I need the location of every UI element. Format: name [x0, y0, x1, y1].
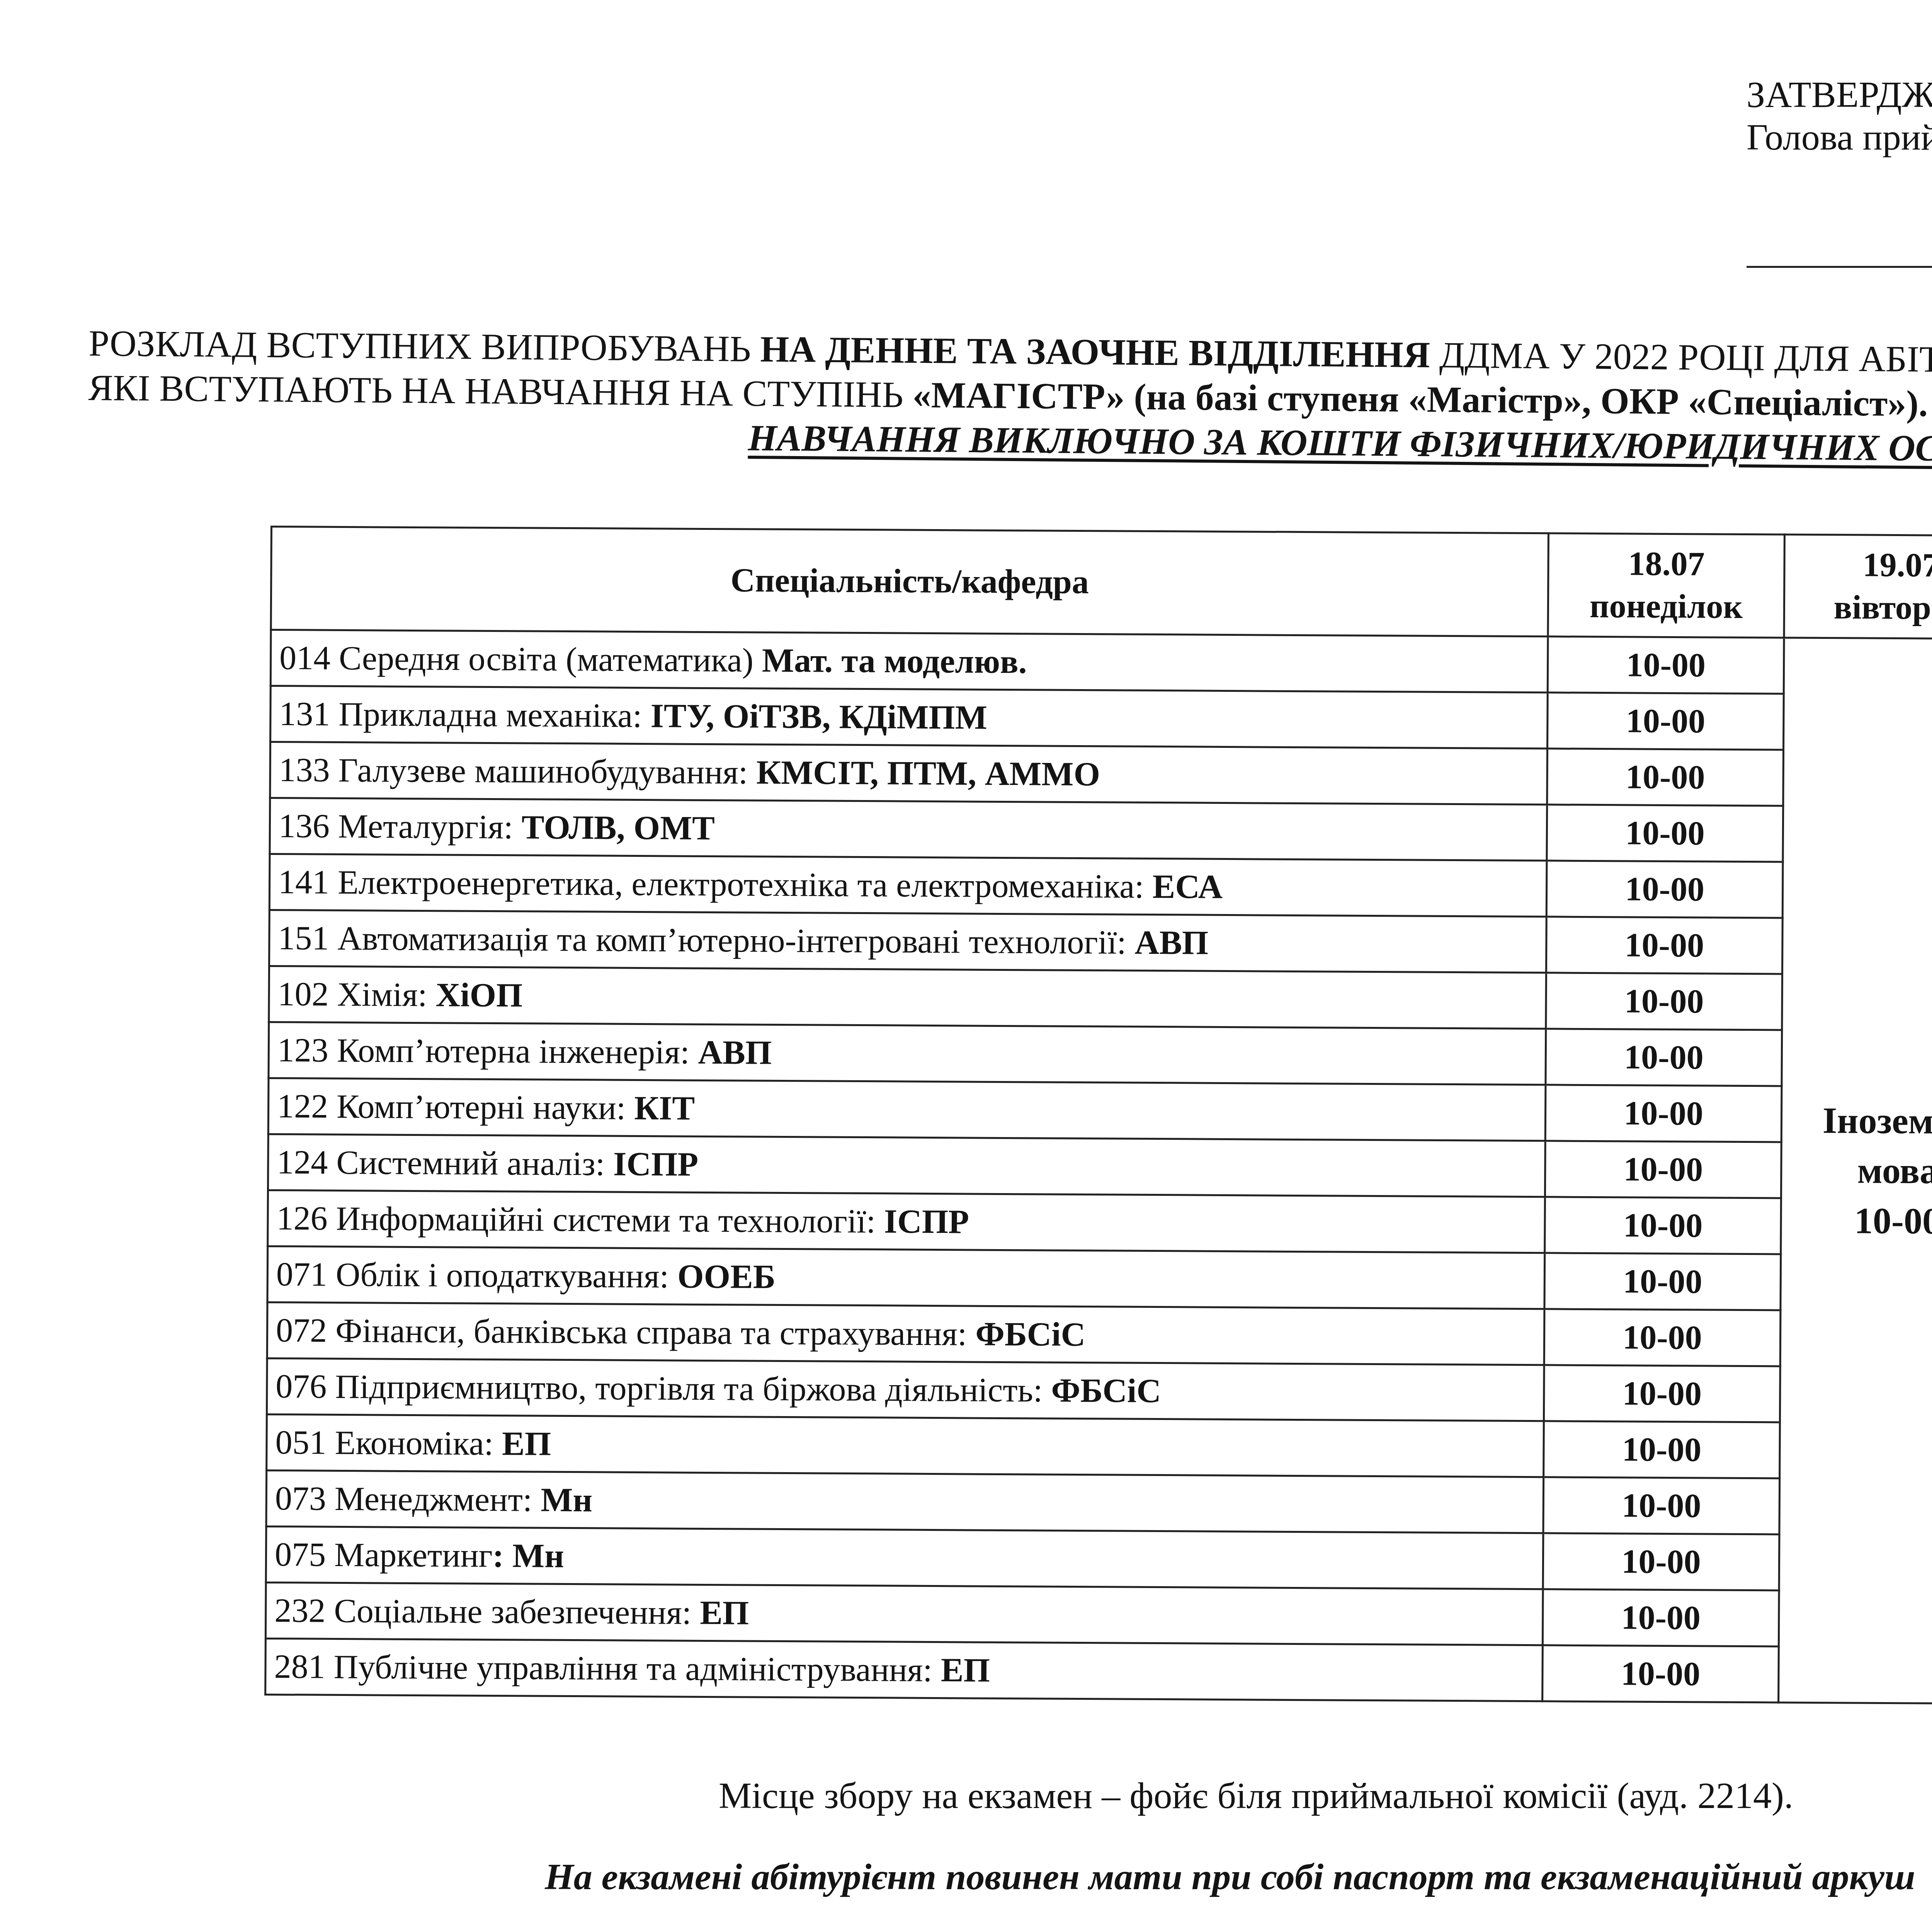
time-cell-day-1: 10-00: [1543, 1477, 1780, 1534]
header-day-2: 19.07вівторок: [1784, 535, 1932, 639]
specialty-cell: 126 Информаційні системи та технології: …: [268, 1190, 1545, 1253]
specialty-cell: 073 Менеджмент: Мн: [266, 1470, 1544, 1533]
specialty-name: 126 Информаційні системи та технології:: [276, 1200, 884, 1240]
specialty-name: 076 Підприємництво, торгівля та біржова …: [276, 1368, 1051, 1410]
merged-text: 10-00: [1789, 1195, 1932, 1246]
merged-text: мова: [1790, 1145, 1932, 1197]
department-code: КМСІТ, ПТМ, АММО: [756, 754, 1100, 793]
time-cell-day-1: 10-00: [1547, 805, 1783, 862]
department-code: ООЕБ: [677, 1258, 776, 1296]
specialty-cell: 281 Публічне управління та адмініструван…: [265, 1638, 1543, 1701]
specialty-name: 133 Галузеве машинобудування:: [279, 751, 756, 791]
title-text: ДДМА У 2022 РОЦІ ДЛЯ АБІТУРІЄНТІВ,: [1430, 334, 1932, 381]
specialty-name: 281 Публічне управління та адмініструван…: [274, 1648, 941, 1689]
specialty-cell: 141 Електроенергетика, електротехніка та…: [269, 854, 1547, 917]
header-day-1: 18.07понеділок: [1548, 533, 1785, 638]
department-code: ФБСіС: [1051, 1372, 1161, 1410]
specialty-name: 151 Автоматизація та комп’ютерно-інтегро…: [278, 919, 1135, 962]
time-cell-day-1: 10-00: [1547, 749, 1784, 806]
time-cell-day-1: 10-00: [1545, 1141, 1781, 1198]
time-cell-day-1: 10-00: [1543, 1533, 1779, 1590]
specialty-cell: 122 Комп’ютерні науки: КІТ: [268, 1078, 1546, 1141]
specialty-name: 136 Металургія:: [279, 807, 522, 846]
time-cell-day-1: 10-00: [1543, 1645, 1779, 1702]
signature-row: Віктор КОВАЛЬОВ: [1747, 232, 1932, 275]
specialty-name: 014 Середня освіта (математика): [279, 639, 762, 679]
specialty-cell: 076 Підприємництво, торгівля та біржова …: [267, 1358, 1544, 1421]
specialty-cell: 071 Облік і оподаткування: ООЕБ: [267, 1246, 1545, 1309]
department-code: ІСПР: [613, 1145, 699, 1183]
time-cell-day-1: 10-00: [1545, 1085, 1782, 1142]
time-cell-day-1: 10-00: [1546, 973, 1782, 1030]
approve-label: ЗАТВЕРДЖУЮ:: [1747, 73, 1932, 116]
specialty-name: 051 Економіка:: [275, 1424, 502, 1462]
specialty-cell: 014 Середня освіта (математика) Мат. та …: [270, 630, 1548, 693]
time-cell-day-1: 10-00: [1544, 1365, 1780, 1422]
requirement-note: На екзамені абітурієнт повинен мати при …: [545, 1855, 1915, 1898]
department-code: ЕП: [700, 1594, 749, 1632]
department-code: ФБСіС: [975, 1315, 1085, 1353]
specialty-cell: 075 Маркетинг: Мн: [266, 1526, 1543, 1589]
title-bold-text: НА ДЕННЕ ТА ЗАОЧНЕ ВІДДІЛЕННЯ: [760, 328, 1430, 375]
time-cell-day-1: 10-00: [1546, 917, 1782, 974]
department-code: ЕП: [502, 1425, 551, 1463]
foreign-language-exam-d2: Іноземнамова10-00: [1779, 638, 1932, 1704]
time-cell-day-1: 10-00: [1546, 1029, 1782, 1086]
specialty-name: 075 Маркетинг: [275, 1536, 493, 1575]
specialty-name: 141 Електроенергетика, електротехніка та…: [278, 863, 1153, 906]
specialty-name: 072 Фінанси, банківська справа та страху…: [276, 1312, 976, 1353]
department-code: АВП: [698, 1033, 772, 1071]
department-code: Мат. та моделюв.: [762, 642, 1027, 681]
specialty-cell: 123 Комп’ютерна інженерія: АВП: [269, 1022, 1546, 1084]
specialty-cell: 133 Галузеве машинобудування: КМСІТ, ПТМ…: [270, 742, 1548, 805]
time-cell-day-1: 10-00: [1546, 861, 1783, 918]
header-specialty: Спеціальність/кафедра: [271, 527, 1548, 637]
specialty-name: 232 Соціальне забезпечення:: [274, 1592, 700, 1632]
department-code: Мн: [541, 1481, 592, 1519]
time-cell-day-1: 10-00: [1545, 1197, 1781, 1254]
signature-line: [1747, 265, 1932, 268]
department-code: АВП: [1134, 924, 1208, 962]
department-code: ЕСА: [1152, 868, 1223, 906]
title-text: РОЗКЛАД ВСТУПНИХ ВИПРОБУВАНЬ: [88, 322, 760, 369]
department-code: ЕП: [941, 1651, 990, 1689]
specialty-name: 131 Прикладна механіка:: [279, 695, 651, 735]
merged-text: Іноземна: [1790, 1095, 1932, 1146]
table-header-row: Спеціальність/кафедра 18.07понеділок 19.…: [271, 527, 1932, 641]
department-code: ІТУ, ОіТЗВ, КДіМПМ: [650, 697, 987, 737]
exam-schedule-table: Спеціальність/кафедра 18.07понеділок 19.…: [264, 526, 1932, 1707]
specialty-name: 073 Менеджмент:: [275, 1480, 541, 1519]
table-row: 281 Публічне управління та адмініструван…: [265, 1638, 1932, 1706]
department-code: ХіОП: [435, 976, 522, 1014]
title-text: ЯКІ ВСТУПАЮТЬ НА НАВЧАННЯ НА СТУПІНЬ: [88, 367, 913, 415]
specialty-name: 124 Системний аналіз:: [277, 1144, 613, 1183]
time-cell-day-1: 10-00: [1548, 693, 1784, 750]
specialty-cell: 124 Системний аналіз: ІСПР: [268, 1134, 1545, 1197]
time-cell-day-1: 10-00: [1543, 1589, 1779, 1646]
meeting-place-note: Місце збору на екзамен – фойє біля прийм…: [719, 1774, 1793, 1817]
specialty-cell: 131 Прикладна механіка: ІТУ, ОіТЗВ, КДіМ…: [270, 686, 1548, 749]
specialty-name: 122 Комп’ютерні науки:: [277, 1088, 634, 1127]
specialty-name: 102 Хімія:: [277, 976, 436, 1014]
time-cell-day-1: 10-00: [1544, 1253, 1781, 1310]
approval-block: ЗАТВЕРДЖУЮ: Голова приймальної комісії В…: [1747, 73, 1932, 275]
specialty-cell: 072 Фінанси, банківська справа та страху…: [267, 1302, 1544, 1365]
specialty-cell: 102 Хімія: ХіОП: [269, 966, 1546, 1028]
time-cell-day-1: 10-00: [1544, 1421, 1780, 1478]
specialty-cell: 151 Автоматизація та комп’ютерно-інтегро…: [269, 910, 1547, 972]
document-title: РОЗКЛАД ВСТУПНИХ ВИПРОБУВАНЬ НА ДЕННЕ ТА…: [88, 321, 1932, 477]
title-bold-text: «МАГІСТР» (на базі ступеня «Магістр», ОК…: [912, 374, 1928, 424]
department-code: КІТ: [634, 1089, 695, 1127]
specialty-name: 123 Комп’ютерна інженерія:: [277, 1032, 698, 1071]
specialty-cell: 232 Соціальне забезпечення: ЕП: [265, 1582, 1543, 1645]
specialty-cell: 136 Металургія: ТОЛВ, ОМТ: [270, 798, 1547, 861]
department-code: ІСПР: [884, 1203, 969, 1241]
time-cell-day-1: 10-00: [1548, 637, 1784, 694]
specialty-name: 071 Облік і оподаткування:: [276, 1256, 678, 1295]
specialty-cell: 051 Економіка: ЕП: [267, 1414, 1544, 1477]
department-code: : Мн: [492, 1537, 564, 1575]
approver-position: Голова приймальної комісії: [1747, 116, 1932, 158]
time-cell-day-1: 10-00: [1544, 1309, 1781, 1366]
department-code: ТОЛВ, ОМТ: [522, 809, 715, 847]
